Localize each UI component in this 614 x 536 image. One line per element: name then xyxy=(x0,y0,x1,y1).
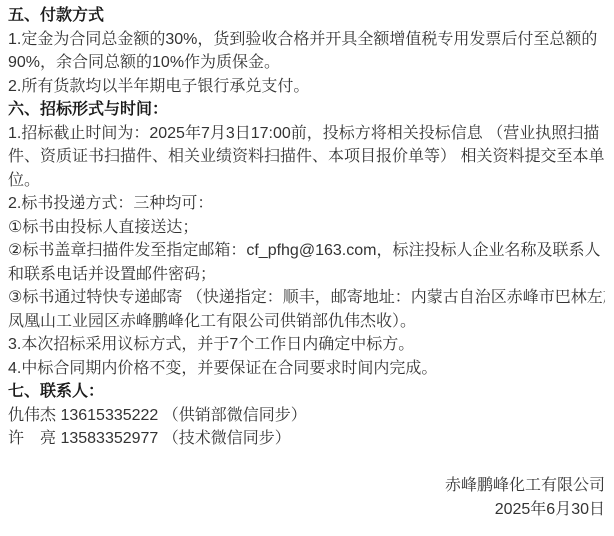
tender-price-fixed-line: 4.中标合同期内价格不变，并要保证在合同要求时间内完成。 xyxy=(8,357,605,381)
payment-line-3: 2.所有货款均以半年期电子银行承兑支付。 xyxy=(8,75,605,99)
section-payment-heading: 五、付款方式 xyxy=(8,4,605,28)
delivery-method-3-line-2: 凤凰山工业园区赤峰鹏峰化工有限公司供销部仇伟杰收）。 xyxy=(8,310,605,334)
tender-deadline-line-2: 件、资质证书扫描件、相关业绩资料扫描件、本项目报价单等） 相关资料提交至本单 xyxy=(8,145,605,169)
payment-line-2: 90%，余合同总额的10%作为质保金。 xyxy=(8,51,605,75)
payment-line-1: 1.定金为合同总金额的30%，货到验收合格并开具全额增值税专用发票后付至总额的 xyxy=(8,28,605,52)
signature-date: 2025年6月30日 xyxy=(8,498,605,522)
contact-line-2: 许 亮 13583352977 （技术微信同步） xyxy=(8,427,605,451)
delivery-method-2-line-2: 和联系电话并设置邮件密码； xyxy=(8,263,605,287)
delivery-method-3-line-1: ③标书通过特快专递邮寄 （快递指定：顺丰，邮寄地址：内蒙古自治区赤峰市巴林左旗 xyxy=(8,286,605,310)
blank-line xyxy=(8,451,605,475)
section-tender-form-heading: 六、招标形式与时间： xyxy=(8,98,605,122)
delivery-method-1-line: ①标书由投标人直接送达； xyxy=(8,216,605,240)
signature-company: 赤峰鹏峰化工有限公司 xyxy=(8,474,605,498)
tender-deadline-line-1: 1.招标截止时间为：2025年7月3日17:00前，投标方将相关投标信息 （营业… xyxy=(8,122,605,146)
section-contacts-heading: 七、联系人： xyxy=(8,380,605,404)
tender-delivery-methods-line: 2.标书投递方式：三种均可： xyxy=(8,192,605,216)
tender-notice-document: 五、付款方式 1.定金为合同总金额的30%，货到验收合格并开具全额增值税专用发票… xyxy=(0,0,614,536)
tender-evaluation-line: 3.本次招标采用议标方式，并于7个工作日内确定中标方。 xyxy=(8,333,605,357)
delivery-method-2-line-1: ②标书盖章扫描件发至指定邮箱：cf_pfhg@163.com，标注投标人企业名称… xyxy=(8,239,605,263)
contact-line-1: 仇伟杰 13615335222 （供销部微信同步） xyxy=(8,404,605,428)
tender-deadline-line-3: 位。 xyxy=(8,169,605,193)
